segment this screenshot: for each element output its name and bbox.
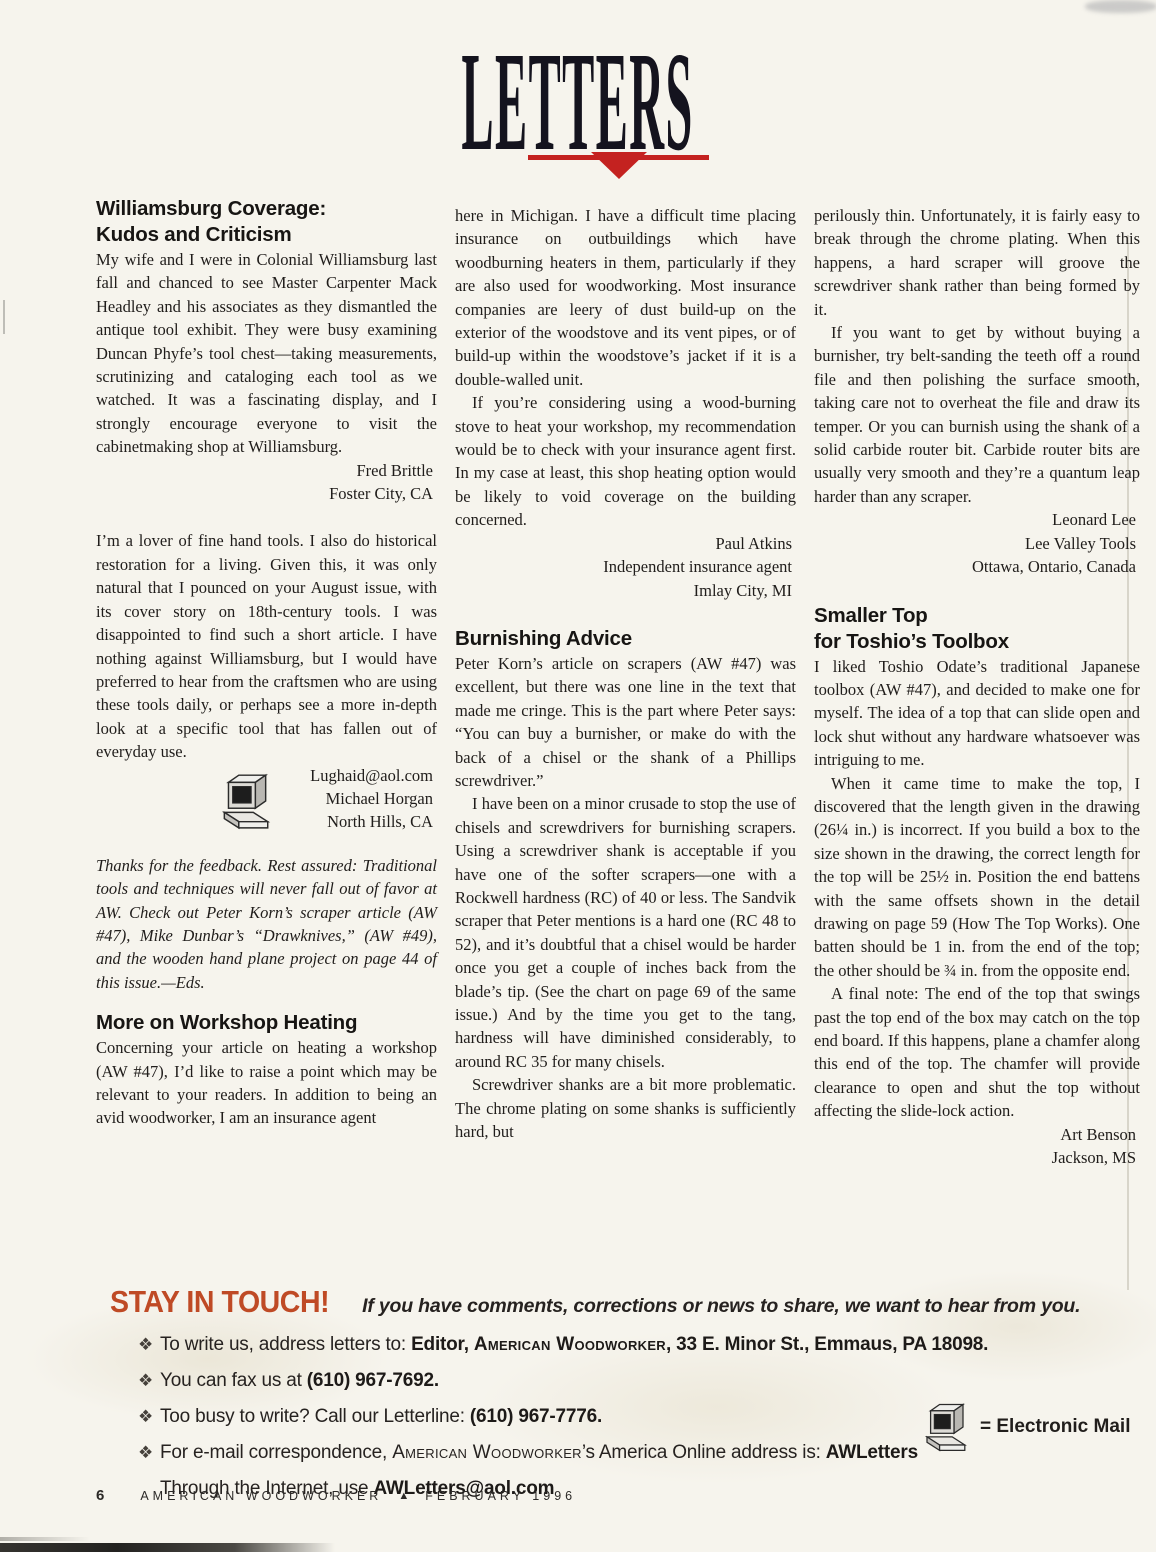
- signature-line: Imlay City, MI: [455, 579, 792, 602]
- letter-signature: Paul Atkins Independent insurance agent …: [455, 532, 796, 602]
- letter-paragraph: If you want to get by without buying a b…: [814, 321, 1140, 508]
- letter-heading: Smaller Top for Toshio’s Toolbox: [814, 603, 1140, 655]
- letter-paragraph: Peter Korn’s article on scrapers (AW #47…: [455, 652, 796, 792]
- heading-line: Smaller Top: [814, 604, 928, 627]
- letter-signature: Lughaid@aol.com Michael Horgan North Hil…: [96, 764, 437, 834]
- diamond-bullet-icon: ❖: [138, 1441, 160, 1464]
- letter-paragraph: perilously thin. Unfortunately, it is fa…: [814, 204, 1140, 321]
- scan-left-tick: [3, 300, 5, 334]
- signature-line: Fred Brittle: [96, 459, 433, 482]
- computer-icon: [918, 1398, 972, 1456]
- diamond-bullet-icon: ❖: [138, 1405, 160, 1428]
- letter-paragraph: When it came time to make the top, I dis…: [814, 772, 1140, 983]
- computer-icon: [214, 770, 276, 832]
- contact-item-fax: ❖ You can fax us at (610) 967-7692.: [96, 1369, 1096, 1392]
- contact-text: For e-mail correspondence,: [160, 1442, 392, 1463]
- contact-text: To write us, address letters to:: [160, 1334, 411, 1355]
- signature-line: Paul Atkins: [455, 532, 792, 555]
- contact-text: You can fax us at: [160, 1370, 307, 1391]
- masthead-rule: [528, 150, 709, 190]
- letter-heading: Williamsburg Coverage: Kudos and Critici…: [96, 196, 437, 248]
- letter-heading: More on Workshop Heating: [96, 1010, 437, 1036]
- contact-text: Too busy to write? Call our Letterline:: [160, 1406, 470, 1427]
- letter-paragraph: here in Michigan. I have a difficult tim…: [455, 204, 796, 391]
- page-number: 6: [96, 1487, 104, 1504]
- contact-item-write: ❖ To write us, address letters to: Edito…: [96, 1333, 1096, 1356]
- signature-line: Jackson, MS: [814, 1146, 1136, 1169]
- column-1: Williamsburg Coverage: Kudos and Critici…: [96, 196, 437, 1130]
- electronic-mail-legend: = Electronic Mail: [918, 1398, 1130, 1456]
- magazine-name: American Woodworker: [392, 1442, 582, 1463]
- electronic-mail-label: = Electronic Mail: [980, 1416, 1130, 1438]
- signature-line: Ottawa, Ontario, Canada: [814, 555, 1136, 578]
- letter-paragraph: Concerning your article on heating a wor…: [96, 1036, 437, 1130]
- editors-note: Thanks for the feedback. Rest assured: T…: [96, 854, 437, 994]
- column-3: perilously thin. Unfortunately, it is fa…: [814, 204, 1140, 1169]
- signature-line: Foster City, CA: [96, 482, 433, 505]
- contact-address: , 33 E. Minor St., Emmaus, PA 18098.: [666, 1334, 988, 1355]
- signature-line: Leonard Lee: [814, 508, 1136, 531]
- contact-item-text: For e-mail correspondence, American Wood…: [160, 1441, 918, 1464]
- phone-number: (610) 967-7776.: [470, 1406, 602, 1427]
- scan-edge-artifact: [0, 1537, 90, 1541]
- letter-paragraph: Screwdriver shanks are a bit more proble…: [455, 1073, 796, 1143]
- letter-paragraph: I liked Toshio Odate’s traditional Japan…: [814, 655, 1140, 772]
- stay-in-touch-tagline: If you have comments, corrections or new…: [362, 1295, 1080, 1318]
- scan-smudge-top-right: [1085, 0, 1156, 13]
- down-arrow-icon: [591, 152, 647, 179]
- column-2: here in Michigan. I have a difficult tim…: [455, 204, 796, 1143]
- contact-item-text: To write us, address letters to: Editor,…: [160, 1333, 988, 1356]
- letter-heading: Burnishing Advice: [455, 626, 796, 652]
- contact-item-text: You can fax us at (610) 967-7692.: [160, 1369, 439, 1392]
- contact-item-text: Too busy to write? Call our Letterline: …: [160, 1405, 602, 1428]
- diamond-bullet-icon: ❖: [138, 1369, 160, 1392]
- heading-line: Williamsburg Coverage:: [96, 197, 326, 220]
- footer-magazine: AMERICAN WOODWORKER: [140, 1489, 382, 1503]
- letter-signature: Fred Brittle Foster City, CA: [96, 459, 437, 506]
- heading-line: Kudos and Criticism: [96, 223, 292, 246]
- triangle-separator-icon: ▲: [398, 1490, 409, 1502]
- stay-in-touch-title: STAY IN TOUCH!: [110, 1284, 329, 1320]
- signature-line: Lee Valley Tools: [814, 532, 1136, 555]
- letter-paragraph: A final note: The end of the top that sw…: [814, 982, 1140, 1122]
- letter-signature: Art Benson Jackson, MS: [814, 1123, 1140, 1170]
- letter-paragraph: I’m a lover of fine hand tools. I also d…: [96, 529, 437, 763]
- page-footer: 6 AMERICAN WOODWORKER ▲ FEBRUARY 1996: [96, 1487, 576, 1504]
- diamond-bullet-icon: ❖: [138, 1333, 160, 1356]
- signature-line: Art Benson: [814, 1123, 1136, 1146]
- letter-signature: Leonard Lee Lee Valley Tools Ottawa, Ont…: [814, 508, 1140, 578]
- aol-address: AWLetters: [826, 1442, 918, 1463]
- letter-paragraph: If you’re considering using a wood-burni…: [455, 391, 796, 531]
- contact-text: ’s America Online address is:: [582, 1442, 826, 1463]
- contact-address: Editor,: [411, 1334, 474, 1355]
- stay-in-touch-section: STAY IN TOUCH! If you have comments, cor…: [96, 1284, 1096, 1500]
- letter-paragraph: My wife and I were in Colonial Williamsb…: [96, 248, 437, 459]
- signature-line: Independent insurance agent: [455, 555, 792, 578]
- footer-issue: FEBRUARY 1996: [425, 1489, 576, 1503]
- scan-edge-bar: [0, 1543, 335, 1552]
- letter-paragraph: I have been on a minor crusade to stop t…: [455, 792, 796, 1073]
- magazine-name: American Woodworker: [474, 1334, 666, 1355]
- fax-number: (610) 967-7692.: [307, 1370, 439, 1391]
- heading-line: for Toshio’s Toolbox: [814, 630, 1009, 653]
